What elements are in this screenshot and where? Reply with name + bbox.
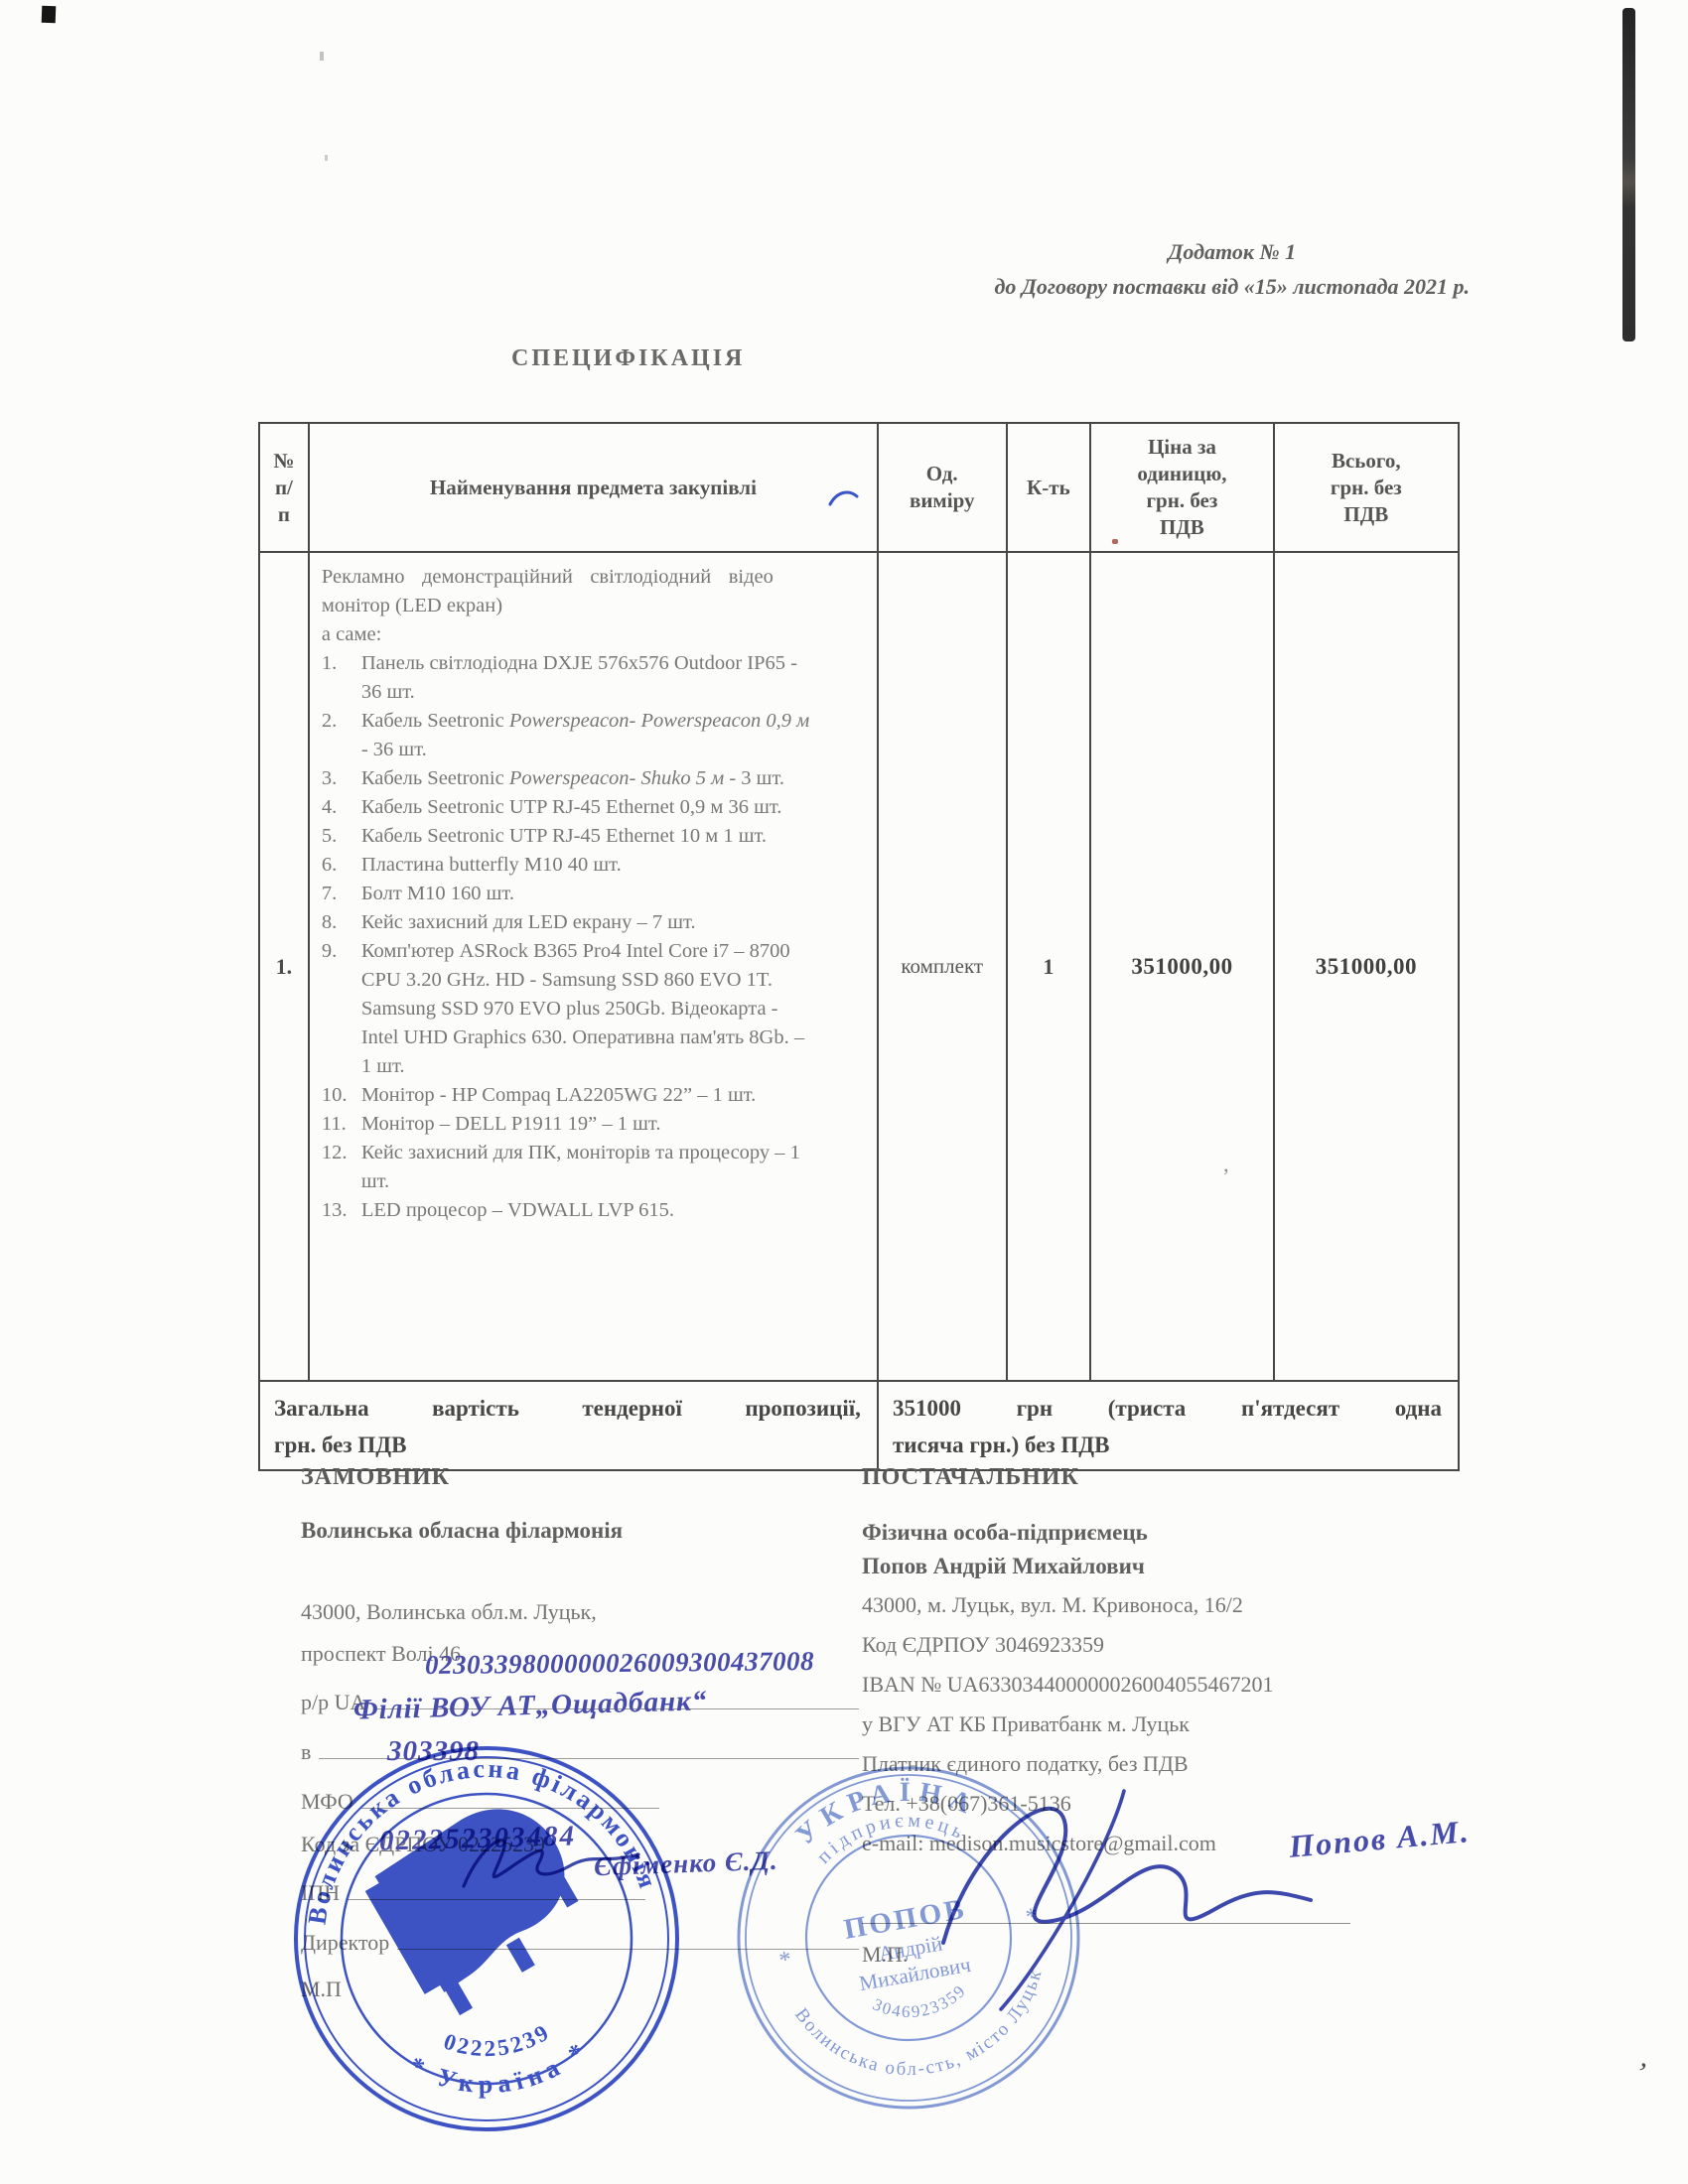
table-row: 1. Рекламно демонстраційний світлодіодни… (260, 553, 1458, 1382)
svg-text:02225239: 02225239 (438, 2018, 556, 2067)
total-label-cell: Загальна вартість тендерної пропозиції, … (260, 1382, 879, 1469)
page-title: СПЕЦИФІКАЦІЯ (511, 345, 745, 372)
col-header-qty: К-ть (1008, 424, 1092, 551)
scanned-specification-document: ’ ’ Додаток № 1 до Договору поставки від… (0, 0, 1688, 2184)
table-total-row: Загальна вартість тендерної пропозиції, … (260, 1382, 1458, 1469)
col-header-unit: Од. виміру (879, 424, 1008, 551)
supplier-title: ПОСТАЧАЛЬНИК (862, 1462, 1497, 1492)
stamp-code-text: 02225239 (438, 2018, 556, 2067)
scan-artifact-edge-bar (1622, 8, 1635, 341)
scan-artifact-pen-mark: ’ (1632, 2056, 1650, 2091)
total-value-cell: 351000 грн (триста п'ятдесят одна тисяча… (879, 1382, 1458, 1469)
list-item: 8.Кейс захисний для LED екрану – 7 шт. (322, 908, 865, 937)
list-item: 11.Монітор – DELL P1911 19” – 1 шт. (322, 1110, 865, 1139)
supplier-signature (914, 1759, 1390, 2047)
handwritten-account-number: 0230339800000026009300437008 (425, 1646, 814, 1681)
supplier-edrpou: Код ЄДРПОУ 3046923359 (862, 1625, 1497, 1665)
customer-name: Волинська обласна філармонія (301, 1516, 859, 1546)
cell-unit-price: 351000,00 (1091, 553, 1274, 1380)
scan-artifact-corner-mark (42, 6, 57, 23)
cell-description: Рекламно демонстраційний світлодіодний в… (310, 553, 879, 1380)
contract-line: до Договору поставки від «15» листопада … (994, 269, 1470, 304)
stamp-star: * (777, 1947, 793, 1975)
supplier-bank: у ВГУ АТ КБ Приватбанк м. Луцьк (862, 1705, 1497, 1744)
list-item: 5.Кабель Seetronic UTP RJ-45 Ethernet 10… (322, 822, 865, 851)
cell-row-number: 1. (260, 553, 310, 1380)
scan-artifact-speck (325, 155, 328, 161)
col-header-no: № п/ п (260, 424, 310, 551)
cell-quantity: 1 (1008, 553, 1092, 1380)
supplier-address: 43000, м. Луцьк, вул. М. Кривоноса, 16/2 (862, 1585, 1497, 1625)
list-item: 1.Панель світлодіодна DXJE 576x576 Outdo… (322, 649, 865, 707)
col-header-total: Всього, грн. без ПДВ (1275, 424, 1458, 551)
list-item: 2.Кабель Seetronic Powerspeacon- Powersp… (322, 707, 865, 764)
col-header-unit-price: Ціна за одиницю, грн. без ПДВ (1091, 424, 1274, 551)
specification-table: № п/ п Найменування предмета закупівлі О… (258, 422, 1460, 1471)
description-intro: Рекламно демонстраційний світлодіодний в… (322, 563, 774, 592)
list-item: 10.Монітор - HP Compaq LA2205WG 22” – 1 … (322, 1081, 865, 1110)
cell-unit: комплект (879, 553, 1008, 1380)
list-item: 13.LED процесор – VDWALL LVP 615. (322, 1196, 865, 1225)
document-header: Додаток № 1 до Договору поставки від «15… (994, 234, 1470, 304)
customer-title: ЗАМОВНИК (301, 1462, 859, 1492)
list-item: 9.Комп'ютер ASRock B365 Pro4 Intel Core … (322, 937, 865, 1081)
list-item: 4.Кабель Seetronic UTP RJ-45 Ethernet 0,… (322, 793, 865, 822)
customer-round-stamp: Волинська обласна філармонія * Україна *… (288, 1740, 685, 2137)
list-item: 12.Кейс захисний для ПК, моніторів та пр… (322, 1139, 865, 1196)
cell-total: 351000,00 (1275, 553, 1458, 1380)
table-header-row: № п/ п Найменування предмета закупівлі О… (260, 424, 1458, 553)
customer-address-line: 43000, Волинська обл.м. Луцьк, (301, 1591, 859, 1633)
description-intro: монітор (LED екран) (322, 592, 865, 620)
list-item: 3.Кабель Seetronic Powerspeacon- Shuko 5… (322, 764, 865, 793)
supplier-iban: IBAN № UA633034400000026004055467201 (862, 1665, 1497, 1705)
director-signature (452, 1825, 650, 1909)
description-intro: а саме: (322, 620, 865, 649)
supplier-type: Фізична особа-підприємець (862, 1518, 1497, 1548)
supplier-name: Попов Андрій Михайлович (862, 1548, 1497, 1585)
list-item: 7.Болт М10 160 шт. (322, 880, 865, 908)
scan-artifact-speck (320, 52, 324, 61)
appendix-line: Додаток № 1 (994, 234, 1470, 269)
list-item: 6.Пластина butterfly М10 40 шт. (322, 851, 865, 880)
col-header-name: Найменування предмета закупівлі (310, 424, 879, 551)
